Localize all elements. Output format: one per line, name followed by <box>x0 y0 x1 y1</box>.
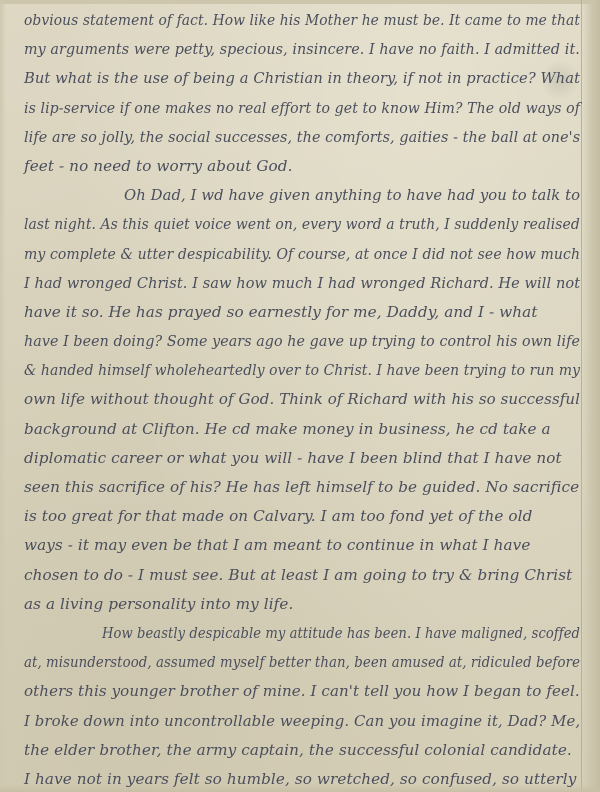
text-line: life are so jolly, the social successes,… <box>24 123 584 152</box>
text-line: diplomatic career or what you will - hav… <box>24 444 584 473</box>
paper-top-edge <box>0 0 600 4</box>
text-line: others this younger brother of mine. I c… <box>24 677 584 706</box>
text-line: as a living personality into my life. <box>24 590 584 619</box>
text-line: is lip-service if one makes no real effo… <box>24 94 584 123</box>
text-line: But what is the use of being a Christian… <box>24 64 584 93</box>
text-line: my arguments were petty, specious, insin… <box>24 35 584 64</box>
text-line: last night. As this quiet voice went on,… <box>24 210 584 239</box>
text-line: Oh Dad, I wd have given anything to have… <box>24 181 584 210</box>
paper-left-edge <box>0 0 6 792</box>
text-line: ways - it may even be that I am meant to… <box>24 531 584 560</box>
text-line: I had wronged Christ. I saw how much I h… <box>24 269 584 298</box>
text-line: I broke down into uncontrollable weeping… <box>24 707 584 736</box>
text-line: the elder brother, the army captain, the… <box>24 736 584 765</box>
text-line: own life without thought of God. Think o… <box>24 385 584 414</box>
text-line: background at Clifton. He cd make money … <box>24 415 584 444</box>
text-line: feet - no need to worry about God. <box>24 152 584 181</box>
text-line: & handed himself wholeheartedly over to … <box>24 356 584 385</box>
text-line: at, misunderstood, assumed myself better… <box>24 648 584 677</box>
letter-page: obvious statement of fact. How like his … <box>0 0 600 792</box>
handwritten-text: obvious statement of fact. How like his … <box>24 6 584 792</box>
text-line: have it so. He has prayed so earnestly f… <box>24 298 584 327</box>
text-line: chosen to do - I must see. But at least … <box>24 561 584 590</box>
text-line: seen this sacrifice of his? He has left … <box>24 473 584 502</box>
text-line: obvious statement of fact. How like his … <box>24 6 584 35</box>
text-line: How beastly despicable my attitude has b… <box>24 619 584 648</box>
text-line: my complete & utter despicability. Of co… <box>24 240 584 269</box>
text-line: have I been doing? Some years ago he gav… <box>24 327 584 356</box>
text-line: I have not in years felt so humble, so w… <box>24 765 584 792</box>
text-line: is too great for that made on Calvary. I… <box>24 502 584 531</box>
